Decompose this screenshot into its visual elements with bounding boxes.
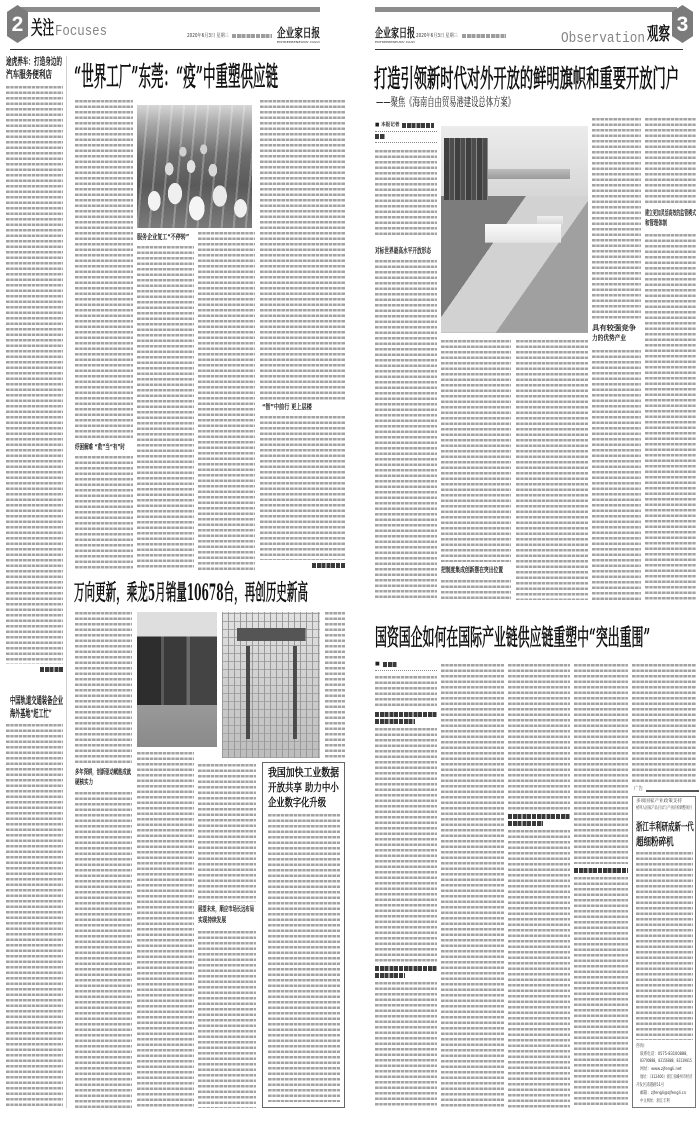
body-text-column xyxy=(592,350,641,600)
body-text-column xyxy=(375,676,437,708)
subheading-line-2: 实现持续发展 xyxy=(198,917,226,924)
left-page: 2 关注 Focuses 2020年6月3日 星期三 企业家日报 ENTREPR… xyxy=(0,0,349,1126)
byline-names xyxy=(375,134,385,139)
brief-headline-line-1: 我国加快工业数据 xyxy=(268,767,339,778)
newspaper-spread: 2 关注 Focuses 2020年6月3日 星期三 企业家日报 ENTREPR… xyxy=(0,0,699,1126)
ad-intro-line: 被列入国家产品目录与产业结构调整项目 xyxy=(636,807,692,812)
ad-headline-line-2: 超细粉碎机 xyxy=(636,837,674,848)
subheading-line-1: 多年深耕，创新驱动赋能成就 xyxy=(75,769,131,776)
ad-body-text xyxy=(636,852,693,1040)
byline-label: ■ 本报记者 xyxy=(375,123,399,128)
body-text-column xyxy=(137,752,194,1108)
ad-label: 广告 xyxy=(634,787,643,792)
body-text-column xyxy=(75,792,132,1108)
main-headline: 打造引领新时代对外开放的鲜明旗帜和重要开放门户 xyxy=(374,66,679,91)
subheading-line-2: 和管理体制 xyxy=(645,220,667,227)
byline-names xyxy=(383,662,397,667)
truck-photo xyxy=(137,612,217,747)
subheading xyxy=(375,719,415,724)
newspaper-logo-en: ENTREPRENEURS' DAILY xyxy=(277,41,320,44)
section-title-cn: 关注 xyxy=(31,19,54,38)
body-text-column xyxy=(260,100,345,400)
headline-subtitle: ——聚焦《海南自由贸易港建设总体方案》 xyxy=(376,96,515,108)
ad-contact-line: 邮箱：zjfengli@zjfengli.cn xyxy=(640,1092,686,1097)
header-top-bar xyxy=(375,7,677,12)
body-text-column xyxy=(632,664,696,782)
body-text-column xyxy=(508,664,570,810)
body-text-column xyxy=(645,118,696,206)
body-text-column xyxy=(375,150,437,236)
sidebar-body-text xyxy=(6,724,63,1108)
body-text-column xyxy=(198,764,256,902)
body-text-column xyxy=(75,100,133,440)
sidebar-body-text xyxy=(6,86,63,664)
subheading xyxy=(508,814,570,819)
body-text-column xyxy=(441,340,511,562)
column-divider xyxy=(66,56,67,1108)
ad-contact-line: 联系电话：0575-83100888， xyxy=(640,1053,690,1058)
harbor-port-photo xyxy=(441,126,588,333)
brief-headline-line-2: 开放共享 助力中小 xyxy=(268,782,339,793)
byline-rule xyxy=(375,142,437,143)
body-text-column xyxy=(574,877,628,1108)
subheading-line-1: 具有较强竞争 xyxy=(592,325,636,332)
issue-date: 2020年6月3日 星期三 xyxy=(416,34,458,39)
page-number: 3 xyxy=(677,14,689,35)
body-text-column xyxy=(508,830,570,1108)
section-title-en: Observation xyxy=(561,31,645,46)
factory-gate-photo xyxy=(222,612,320,758)
author-credit xyxy=(40,667,63,672)
body-text-column xyxy=(260,416,345,560)
body-text-column xyxy=(75,612,132,764)
body-text-column xyxy=(198,931,256,1108)
subheading: 对标世界最高水平开放形态 xyxy=(375,247,431,255)
brief-headline-line-3: 企业数字化升级 xyxy=(268,797,326,808)
sidebar-headline-line-1: 途虎养车：打造身边的 xyxy=(6,58,62,68)
header-top-bar xyxy=(18,7,320,12)
subheading-line-1: 建立更加灵活高效的监管模式 xyxy=(645,210,696,217)
page-number: 2 xyxy=(12,14,24,35)
section-title-en: Focuses xyxy=(55,24,107,39)
newspaper-logo-en: ENTREPRENEURS' DAILY xyxy=(375,41,415,44)
brief-body-text xyxy=(268,814,340,1102)
header-rule xyxy=(375,49,683,50)
body-text-column xyxy=(75,456,133,570)
subheading xyxy=(375,966,437,971)
ad-contact-line: 开发区浦港路51号 xyxy=(636,1084,664,1089)
subheading xyxy=(508,821,543,826)
ad-top-rule xyxy=(646,790,699,792)
editor-credits xyxy=(232,34,272,38)
body-text-column xyxy=(137,246,194,570)
issue-date: 2020年6月3日 星期三 xyxy=(187,34,229,39)
sidebar-headline-line-2: 汽车服务便利店 xyxy=(6,71,52,81)
byline-label: ■ xyxy=(375,662,380,667)
ad-contact-line: 咨询： xyxy=(636,1045,648,1050)
ad-contact-line: 地址：（312400）浙江省嵊州市经济 xyxy=(640,1076,692,1081)
right-page: 3 企业家日报 ENTREPRENEURS' DAILY 2020年6月3日 星… xyxy=(350,0,699,1126)
body-text-column xyxy=(198,232,255,570)
body-text-column xyxy=(574,664,628,864)
author-credit xyxy=(312,563,345,568)
ad-contact-line: 中文网址：浙江丰利 xyxy=(640,1100,670,1105)
article-headline: 国资国企如何在国际产业链供应链重塑中“突出重围” xyxy=(375,626,650,649)
body-text-column xyxy=(375,728,437,962)
subheading xyxy=(375,973,405,978)
header-rule xyxy=(10,49,320,50)
page-number-badge: 3 xyxy=(672,5,693,43)
page-number-badge: 2 xyxy=(7,5,28,43)
sidebar-headline-line-2: 海外基地“赶工忙” xyxy=(10,710,52,720)
body-text-column xyxy=(516,340,588,600)
subheading-line-2: 硬核实力 xyxy=(75,779,93,786)
byline-names xyxy=(402,123,434,128)
body-text-column xyxy=(592,118,641,320)
subheading: 把制度集成创新摆在突出位置 xyxy=(441,567,503,574)
body-text-column xyxy=(375,982,437,1108)
sidebar-headline-line-1: 中国轨道交通装备企业 xyxy=(10,697,63,707)
newspaper-logo: 企业家日报 xyxy=(375,27,415,39)
ad-contact-line: 网址：www.zjfengli.net xyxy=(640,1068,682,1073)
body-text-column xyxy=(375,260,437,600)
body-text-column xyxy=(645,234,696,600)
editor-credits xyxy=(462,34,506,38)
subheading xyxy=(375,712,437,717)
body-text-column xyxy=(441,664,504,1108)
subheading-line-1: 展望未来，顺应市场长远布局 xyxy=(198,906,254,913)
body-text-column xyxy=(441,580,511,600)
subheading: 纾困解难 “救”当“有”时 xyxy=(75,444,125,451)
factory-workers-photo xyxy=(137,105,252,228)
subheading: 服务企业复工“不停转” xyxy=(137,234,189,241)
byline-rule xyxy=(375,131,437,132)
ad-headline-line-1: 浙江丰利研成新一代 xyxy=(636,822,694,833)
ad-intro-line: 多项国家产业政策支持 xyxy=(636,800,682,805)
body-text-column xyxy=(325,612,345,758)
newspaper-logo: 企业家日报 xyxy=(277,27,320,39)
ad-contact-line: 83700888，83156888，83139815 xyxy=(640,1060,692,1065)
subheading xyxy=(574,868,628,873)
main-headline: “世界工厂”东莞：“疫”中重塑供应链 xyxy=(74,64,278,91)
subheading: “智”中前行 更上层楼 xyxy=(262,404,312,411)
subheading-line-2: 力的优势产业 xyxy=(592,335,626,342)
section-title-cn: 观察 xyxy=(647,26,670,44)
byline-rule xyxy=(375,670,437,671)
article-headline: 万向更新，乘龙5月销量10678台，再创历史新高 xyxy=(74,582,308,604)
